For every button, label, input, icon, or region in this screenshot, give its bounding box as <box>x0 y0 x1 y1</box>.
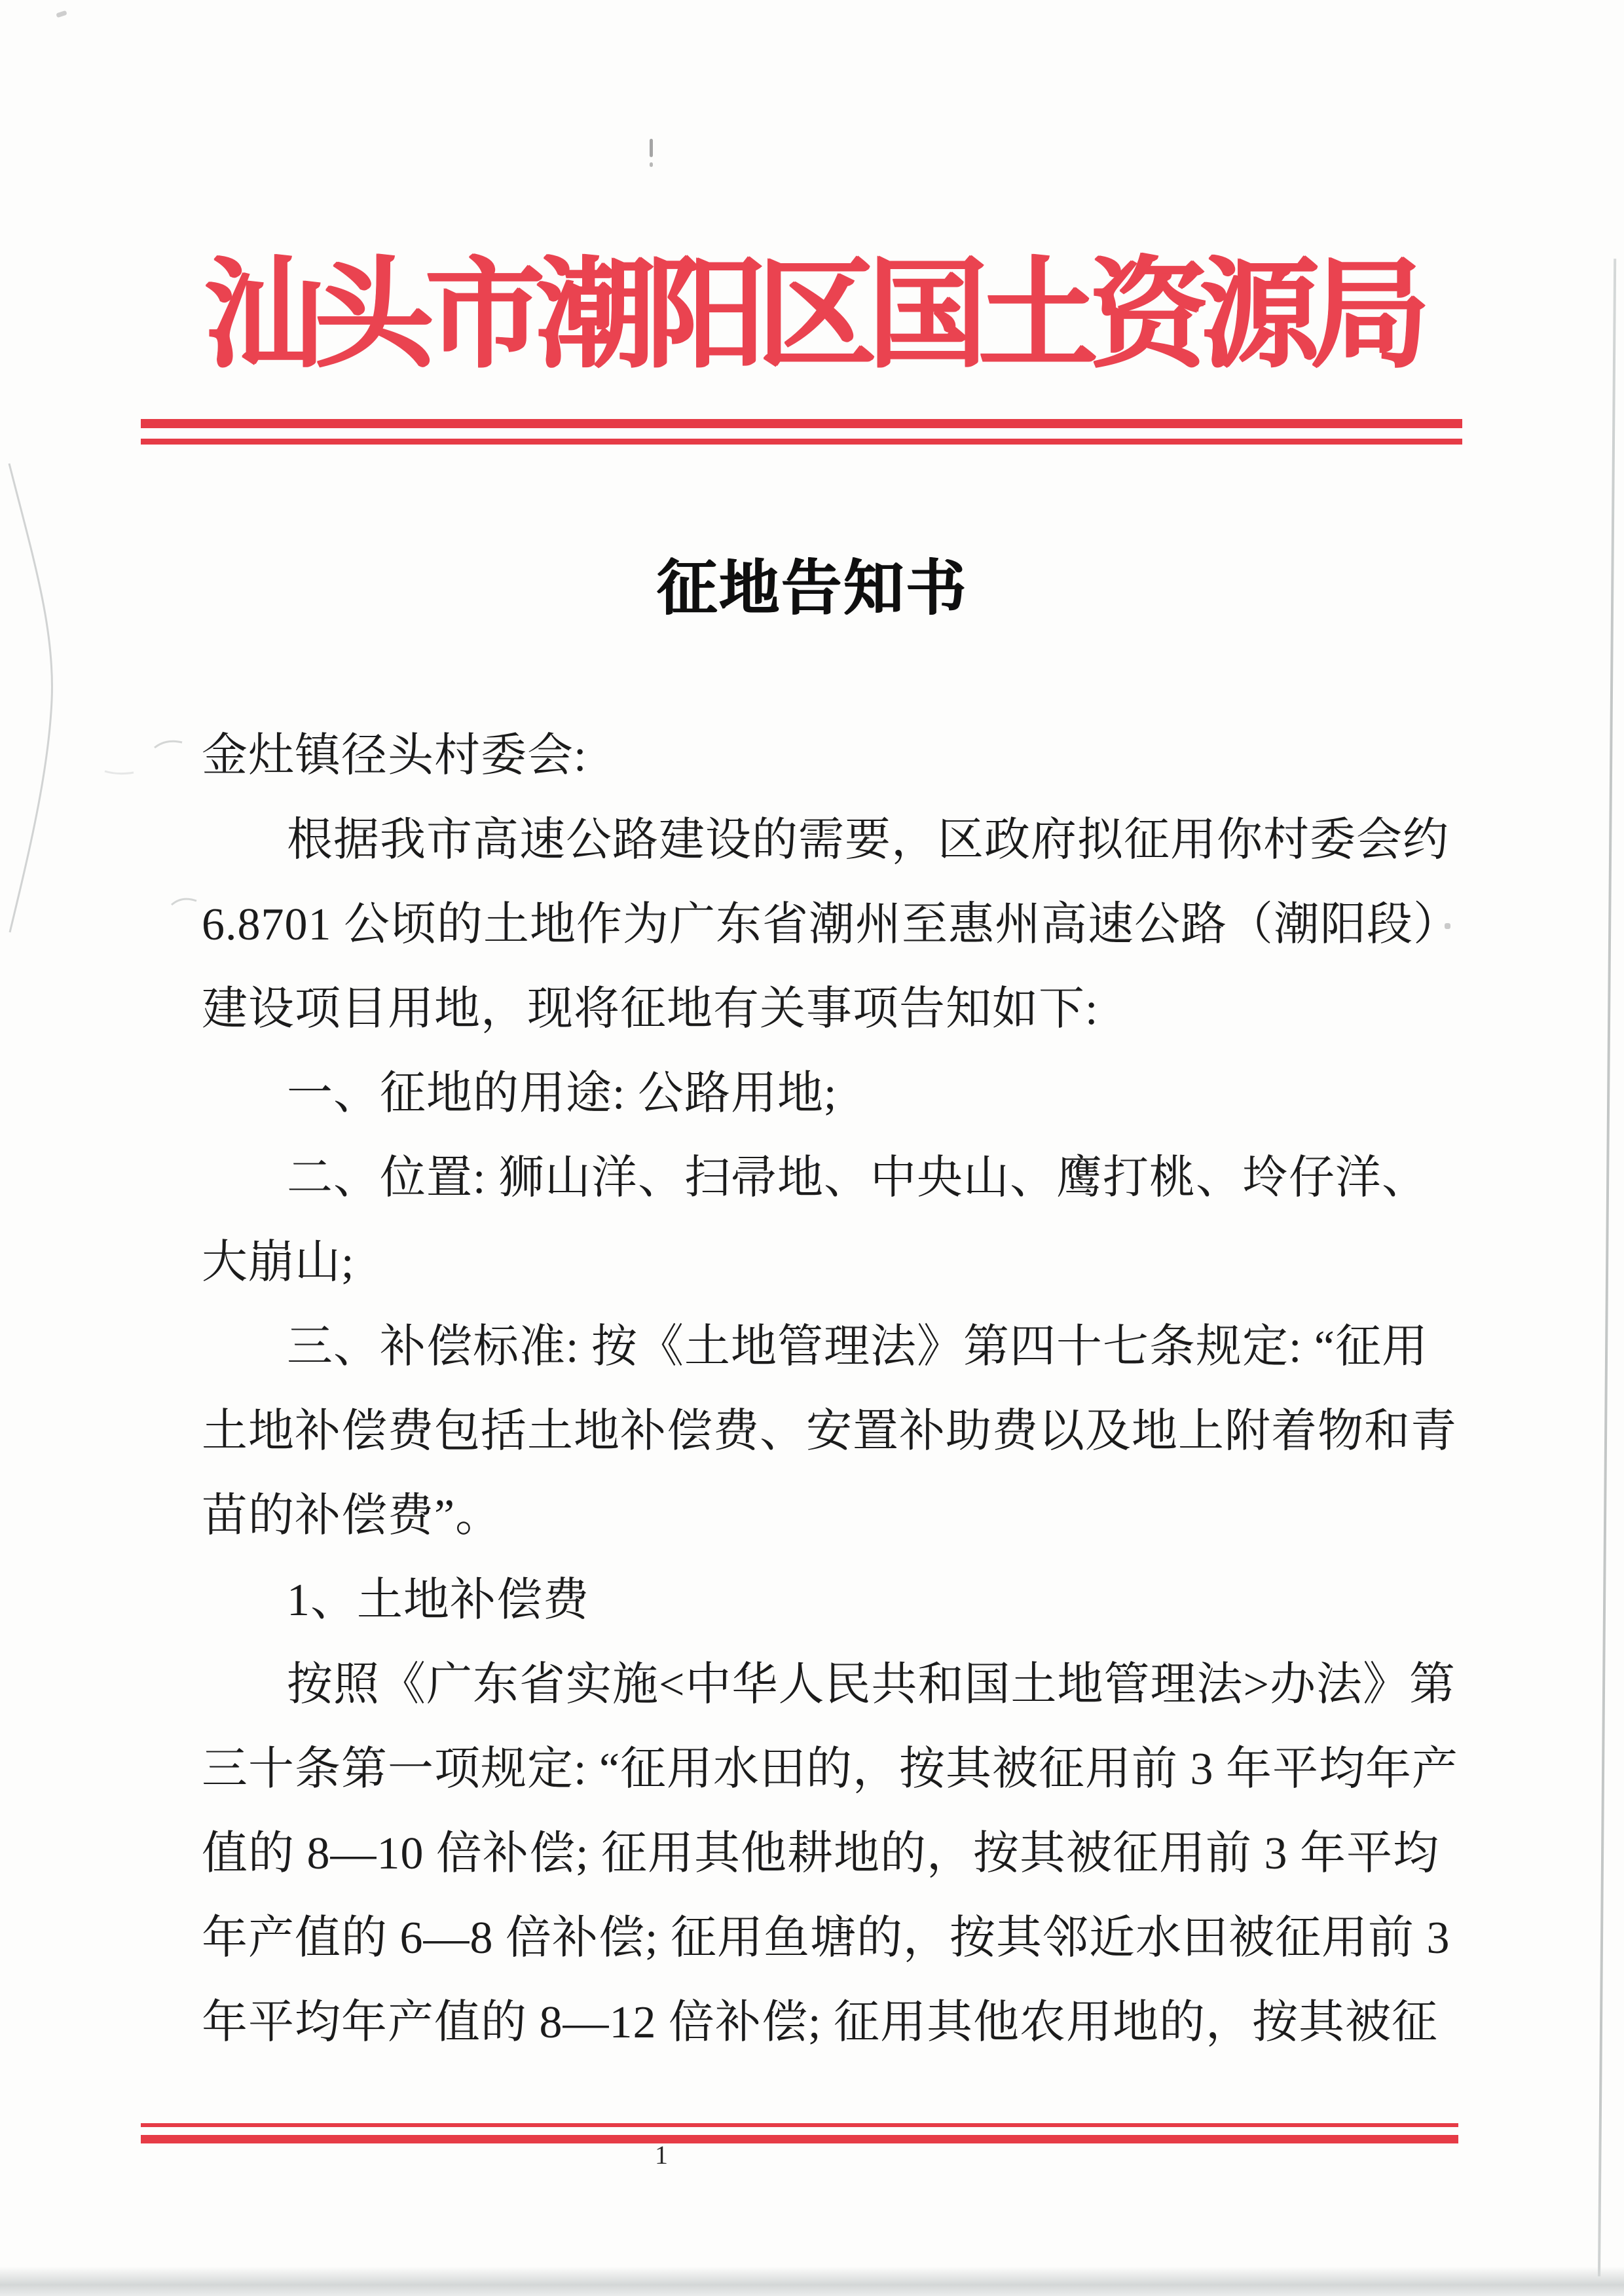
footer-rule-thick <box>141 2135 1458 2143</box>
scan-speck <box>650 162 653 167</box>
body-line: 根据我市高速公路建设的需要，区政府拟征用你村委会约 <box>202 798 1446 883</box>
footer-rule-thin <box>141 2123 1458 2127</box>
body-line: 金灶镇径头村委会: <box>202 714 1446 798</box>
body-line: 三十条第一项规定: “征用水田的，按其被征用前 3 年平均年产 <box>202 1727 1446 1812</box>
body-line: 1、土地补偿费 <box>202 1558 1446 1643</box>
document-title: 征地告知书 <box>0 552 1624 625</box>
scanned-document-page: 汕头市潮阳区国土资源局 征地告知书 金灶镇径头村委会: 根据我市高速公路建设的需… <box>0 0 1624 2296</box>
page-number: 1 <box>655 2141 668 2170</box>
body-line: 年产值的 6—8 倍补偿; 征用鱼塘的，按其邻近水田被征用前 3 <box>202 1896 1446 1980</box>
body-line: 二、位置: 狮山洋、扫帚地、中央山、鹰打桃、坽仔洋、 <box>202 1136 1446 1220</box>
body-line: 三、补偿标准: 按《土地管理法》第四十七条规定: “征用 <box>202 1305 1446 1389</box>
body-line: 苗的补偿费”。 <box>202 1474 1446 1558</box>
body-line: 建设项目用地，现将征地有关事项告知如下: <box>202 967 1446 1051</box>
scan-bottom-shadow <box>0 2267 1624 2296</box>
document-body: 金灶镇径头村委会: 根据我市高速公路建设的需要，区政府拟征用你村委会约 6.87… <box>202 714 1446 2065</box>
scan-crease <box>0 458 216 956</box>
body-line: 年平均年产值的 8—12 倍补偿; 征用其他农用地的，按其被征 <box>202 1980 1446 2065</box>
body-line: 6.8701 公顷的土地作为广东省潮州至惠州高速公路（潮阳段） <box>202 883 1446 967</box>
scan-speck <box>56 10 67 18</box>
body-line: 土地补偿费包括土地补偿费、安置补助费以及地上附着物和青 <box>202 1389 1446 1474</box>
letterhead-rule-thick <box>141 419 1462 428</box>
letterhead-rule-thin <box>141 439 1462 445</box>
scan-speck <box>650 139 653 157</box>
letterhead-agency-title: 汕头市潮阳区国土资源局 <box>0 241 1624 392</box>
body-line: 大崩山; <box>202 1220 1446 1305</box>
scan-speck <box>1445 923 1450 929</box>
body-line: 值的 8—10 倍补偿; 征用其他耕地的，按其被征用前 3 年平均 <box>202 1812 1446 1896</box>
body-line: 按照《广东省实施<中华人民共和国土地管理法>办法》第 <box>202 1643 1446 1727</box>
body-line: 一、征地的用途: 公路用地; <box>202 1051 1446 1136</box>
